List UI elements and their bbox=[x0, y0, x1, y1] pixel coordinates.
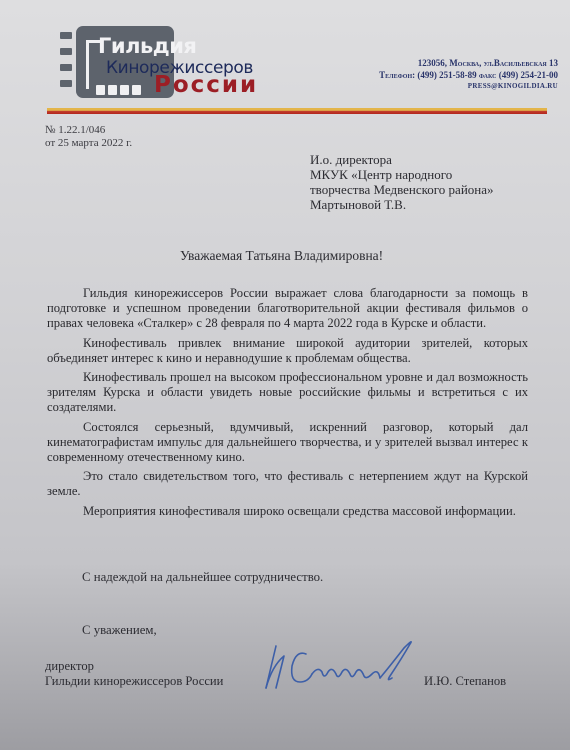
guild-logo: Гильдия Кинорежиссеров России bbox=[58, 24, 238, 99]
film-strip-icon bbox=[60, 32, 74, 96]
logo-text-russia: России bbox=[154, 72, 258, 98]
letterhead-contacts: 123056, Москва, ул.Васильевская 13 Телеф… bbox=[379, 57, 558, 92]
signatory-title-line: Гильдии кинорежиссеров России bbox=[45, 674, 223, 689]
closing-line: С надеждой на дальнейшее сотрудничество. bbox=[82, 570, 323, 585]
signatory-name: И.Ю. Степанов bbox=[424, 674, 506, 689]
body-paragraph: Состоялся серьезный, вдумчивый, искренни… bbox=[47, 420, 528, 466]
contact-phones: Телефон: (499) 251-58-89 факс (499) 254-… bbox=[379, 69, 558, 81]
film-frames-icon bbox=[96, 82, 144, 100]
signatory-title: директор Гильдии кинорежиссеров России bbox=[45, 659, 223, 689]
addressee-line: Мартыновой Т.В. bbox=[310, 197, 494, 212]
letter-page: Гильдия Кинорежиссеров России 123056, Мо… bbox=[0, 0, 570, 750]
addressee-block: И.о. директора МКУК «Центр народного тво… bbox=[310, 152, 494, 212]
body-paragraph: Кинофестиваль привлек внимание широкой а… bbox=[47, 336, 528, 366]
reference-date: от 25 марта 2022 г. bbox=[45, 137, 132, 150]
salutation: Уважаемая Татьяна Владимировна! bbox=[180, 248, 383, 264]
body-paragraph: Это стало свидетельством того, что фести… bbox=[47, 469, 528, 499]
body-paragraph: Гильдия кинорежиссеров России выражает с… bbox=[47, 286, 528, 332]
logo-text-guild: Гильдия bbox=[98, 34, 196, 58]
body-paragraph: Кинофестиваль прошел на высоком професси… bbox=[47, 370, 528, 416]
addressee-line: МКУК «Центр народного bbox=[310, 167, 494, 182]
reference-number: № 1.22.1/046 bbox=[45, 124, 132, 137]
body-paragraph: Мероприятия кинофестиваля широко освещал… bbox=[47, 504, 528, 519]
reference-block: № 1.22.1/046 от 25 марта 2022 г. bbox=[45, 124, 132, 150]
letter-body: Гильдия кинорежиссеров России выражает с… bbox=[47, 286, 528, 523]
contact-address: 123056, Москва, ул.Васильевская 13 bbox=[379, 57, 558, 69]
contact-email: PRESS@KINOGILDIA.RU bbox=[379, 81, 558, 92]
handwritten-signature-icon bbox=[262, 636, 422, 696]
regards-line: С уважением, bbox=[82, 623, 157, 638]
addressee-line: И.о. директора bbox=[310, 152, 494, 167]
letterhead-divider bbox=[47, 108, 547, 114]
signatory-title-line: директор bbox=[45, 659, 223, 674]
addressee-line: творчества Медвенского района» bbox=[310, 182, 494, 197]
